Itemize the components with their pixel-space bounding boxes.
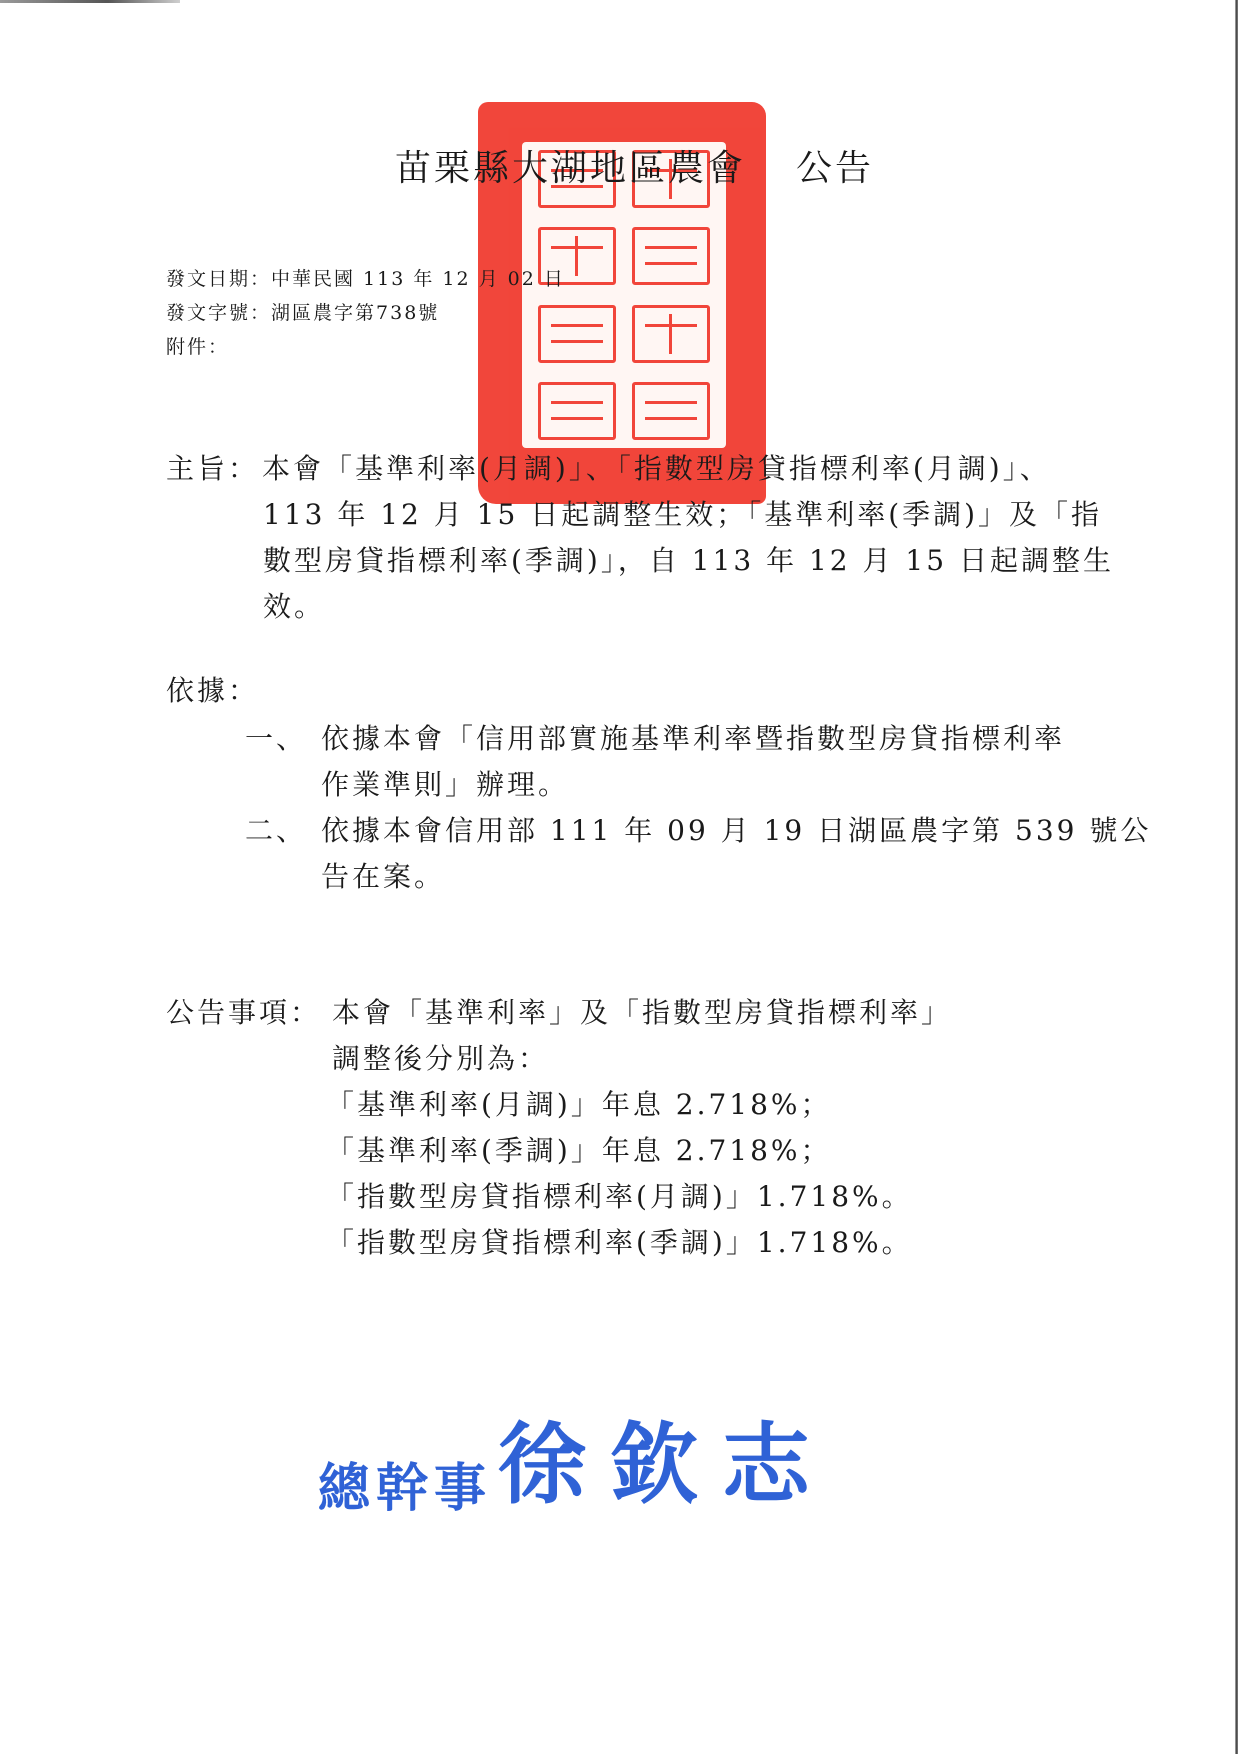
meta-ref-label: 發文字號： [166, 302, 271, 324]
subject-text: 本會「基準利率(月調)」、「指數型房貸指標利率(月調)」、 [262, 452, 1051, 485]
subject-label: 主旨： [166, 446, 262, 492]
meta-date: 發文日期：中華民國 113 年 12 月 02 日 [166, 262, 565, 296]
rate-line-index-monthly: 「指數型房貸指標利率(月調)」1.718%。 [166, 1174, 952, 1220]
rate-line-base-monthly: 「基準利率(月調)」年息 2.718%； [166, 1082, 952, 1128]
title-organization: 苗栗縣大湖地區農會 [395, 148, 746, 189]
basis-item-number: 二、 [245, 808, 321, 854]
basis-item: 一、依據本會「信用部實施基準利率暨指數型房貸指標利率 作業準則」辦理。 [245, 716, 1151, 808]
rate-line-index-quarterly: 「指數型房貸指標利率(季調)」1.718%。 [166, 1220, 952, 1266]
basis-list: 一、依據本會「信用部實施基準利率暨指數型房貸指標利率 作業準則」辦理。 二、依據… [245, 716, 1151, 900]
title-doc-type: 公告 [796, 148, 874, 189]
basis-item-text: 依據本會「信用部實施基準利率暨指數型房貸指標利率 [321, 722, 1065, 755]
meta-attachment-label: 附件： [166, 336, 229, 358]
document-title: 苗栗縣大湖地區農會公告 [395, 140, 874, 191]
signature-title: 總幹事 [318, 1458, 492, 1519]
basis-item-text: 告在案。 [245, 854, 1151, 900]
signature-name: 徐欽志 [498, 1412, 834, 1516]
notice-intro: 調整後分別為： [166, 1036, 952, 1082]
subject-line: 效。 [166, 584, 1114, 630]
notice-section: 公告事項：本會「基準利率」及「指數型房貸指標利率」 調整後分別為： 「基準利率(… [166, 990, 952, 1266]
subject-line: 主旨：本會「基準利率(月調)」、「指數型房貸指標利率(月調)」、 [166, 446, 1114, 492]
subject-line: 113 年 12 月 15 日起調整生效；「基準利率(季調)」及「指 [166, 492, 1114, 538]
rate-line-base-quarterly: 「基準利率(季調)」年息 2.718%； [166, 1128, 952, 1174]
document-page: 苗栗縣大湖地區農會公告 發文日期：中華民國 113 年 12 月 02 日 發文… [0, 0, 1240, 1754]
meta-reference: 發文字號：湖區農字第738號 [166, 296, 565, 330]
basis-item-text: 作業準則」辦理。 [245, 762, 1151, 808]
subject-line: 數型房貸指標利率(季調)」，自 113 年 12 月 15 日起調整生 [166, 538, 1114, 584]
notice-intro: 本會「基準利率」及「指數型房貸指標利率」 [332, 996, 952, 1029]
basis-item-text: 依據本會信用部 111 年 09 月 19 日湖區農字第 539 號公 [321, 814, 1151, 847]
signature-stamp: 總幹事徐欽志 [318, 1395, 834, 1521]
meta-ref-value: 湖區農字第738號 [271, 302, 439, 324]
document-meta: 發文日期：中華民國 113 年 12 月 02 日 發文字號：湖區農字第738號… [166, 262, 565, 364]
notice-label: 公告事項： [166, 990, 332, 1036]
basis-item: 二、依據本會信用部 111 年 09 月 19 日湖區農字第 539 號公 告在… [245, 808, 1151, 900]
subject-section: 主旨：本會「基準利率(月調)」、「指數型房貸指標利率(月調)」、 113 年 1… [166, 446, 1114, 630]
meta-date-label: 發文日期： [166, 268, 271, 290]
meta-attachment: 附件： [166, 330, 565, 364]
meta-date-value: 中華民國 113 年 12 月 02 日 [271, 268, 565, 290]
basis-label: 依據： [166, 668, 259, 714]
basis-item-number: 一、 [245, 716, 321, 762]
